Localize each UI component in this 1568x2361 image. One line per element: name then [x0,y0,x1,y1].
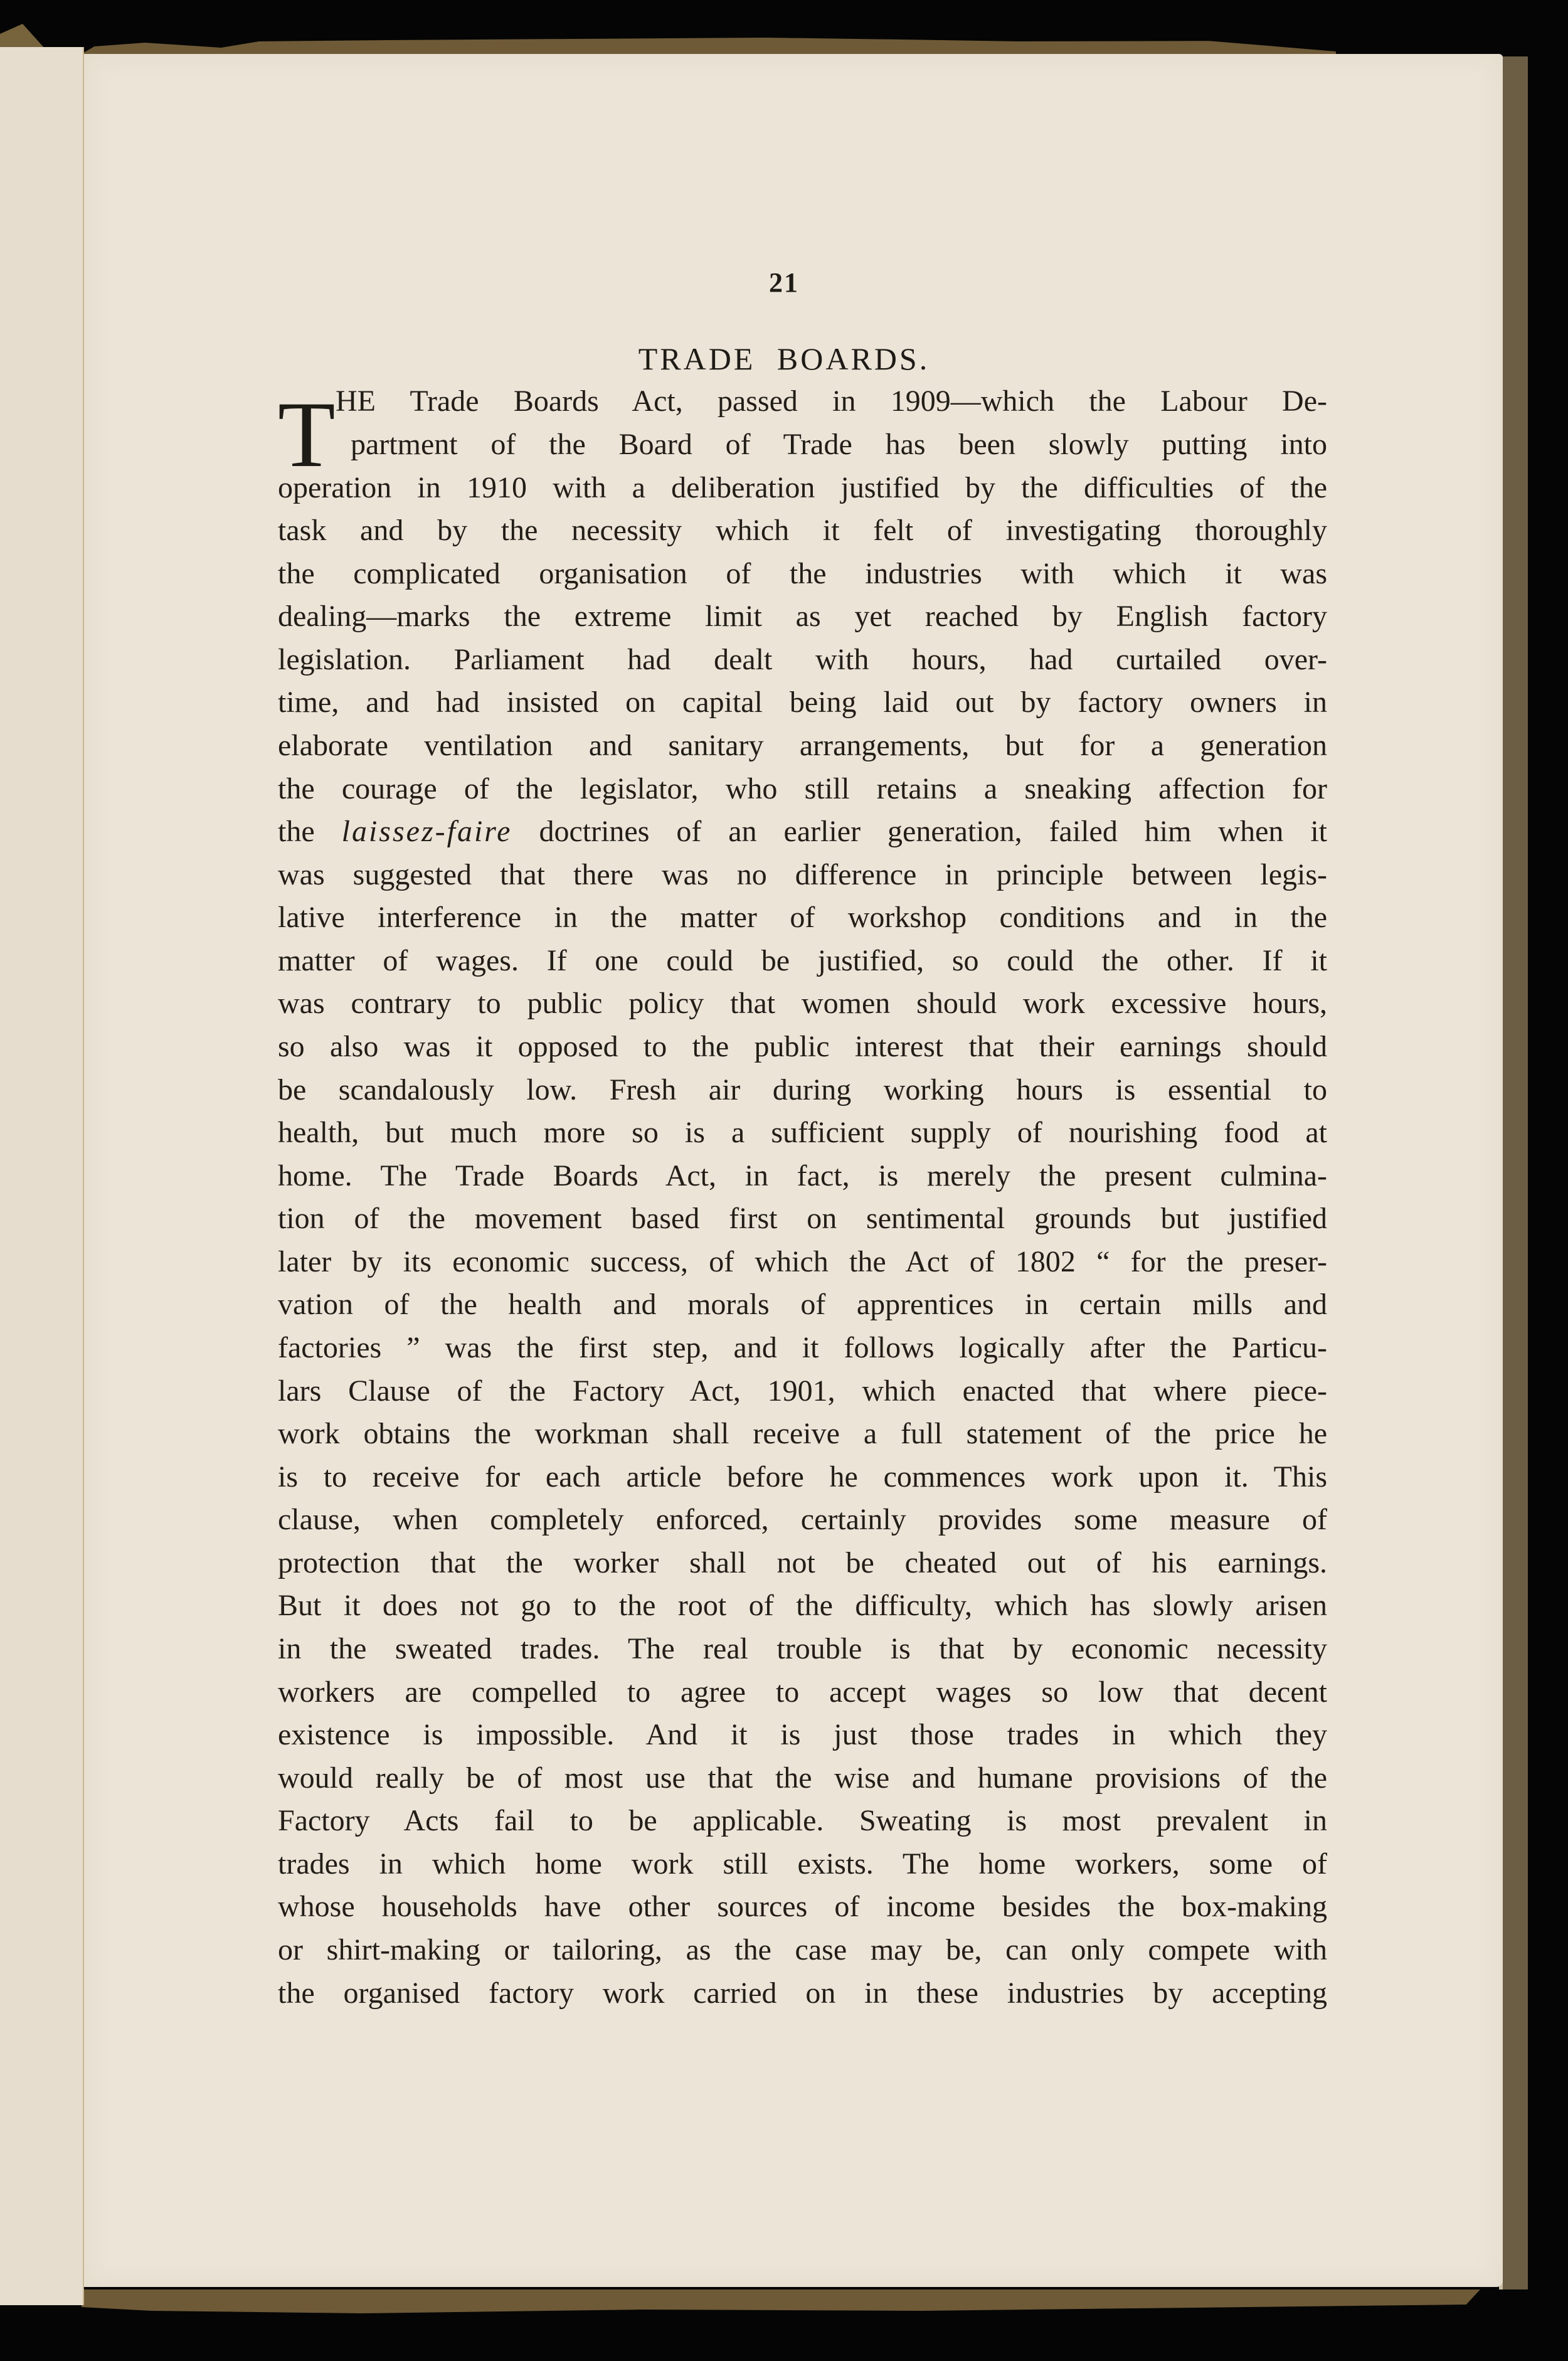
chapter-title: TRADE BOARDS. [0,341,1568,377]
text-line: vation of the health and morals of appre… [278,1286,1327,1324]
drop-cap-initial: T [278,388,336,482]
text-line: the organised factory work carried on in… [278,1975,1327,2012]
text-line: later by its economic success, of which … [278,1243,1327,1281]
text-line: be scandalously low. Fresh air during wo… [278,1071,1327,1109]
text-line: so also was it opposed to the public int… [278,1028,1327,1066]
text-line: matter of wages. If one could be justifi… [278,942,1327,980]
text-line: protection that the worker shall not be … [278,1544,1327,1582]
text-line: was contrary to public policy that women… [278,985,1327,1022]
text-line: But it does not go to the root of the di… [278,1587,1327,1625]
text-line: would really be of most use that the wis… [278,1759,1327,1797]
text-line: workers are compelled to agree to accept… [278,1674,1327,1711]
text-line: clause, when completely enforced, certai… [278,1501,1327,1539]
text-line: lars Clause of the Factory Act, 1901, wh… [278,1372,1327,1410]
text-line: existence is impossible. And it is just … [278,1716,1327,1754]
text-line: was suggested that there was no differen… [278,856,1327,894]
text-line: tion of the movement based first on sent… [278,1200,1327,1238]
text-line: Factory Acts fail to be applicable. Swea… [278,1802,1327,1840]
text-line: home. The Trade Boards Act, in fact, is … [278,1157,1327,1195]
book-cover-board-right-edge [1499,56,1528,2289]
italic-phrase: laissez-faire [342,815,512,848]
left-page-edge [0,47,84,2305]
text-line: whose households have other sources of i… [278,1888,1327,1926]
text-line: dealing—marks the extreme limit as yet r… [278,598,1327,635]
text-line: health, but much more so is a sufficient… [278,1114,1327,1152]
text-line: partment of the Board of Trade has been … [351,426,1327,464]
text-line: legislation. Parliament had dealt with h… [278,641,1327,679]
text-line: time, and had insisted on capital being … [278,684,1327,721]
text-line: the laissez-faire doctrines of an earlie… [278,813,1327,851]
text-line: is to receive for each article before he… [278,1458,1327,1496]
text-line: lative interference in the matter of wor… [278,899,1327,936]
text-line: elaborate ventilation and sanitary arran… [278,727,1327,765]
text-line: HE Trade Boards Act, passed in 1909—whic… [336,383,1327,420]
page-number: 21 [0,267,1568,299]
book-cover-board-bottom-edge [82,2289,1480,2315]
text-line: work obtains the workman shall receive a… [278,1415,1327,1453]
text-line: the courage of the legislator, who still… [278,770,1327,808]
text-line: operation in 1910 with a deliberation ju… [278,469,1327,507]
text-span: doctrines of an earlier generation, fail… [512,815,1327,848]
text-line: the complicated organisation of the indu… [278,555,1327,593]
text-line: or shirt-making or tailoring, as the cas… [278,1931,1327,1969]
text-line: trades in which home work still exists. … [278,1845,1327,1883]
text-line: task and by the necessity which it felt … [278,512,1327,549]
text-span: the [278,815,342,848]
text-line: factories ” was the first step, and it f… [278,1329,1327,1367]
text-line: in the sweated trades. The real trouble … [278,1630,1327,1668]
